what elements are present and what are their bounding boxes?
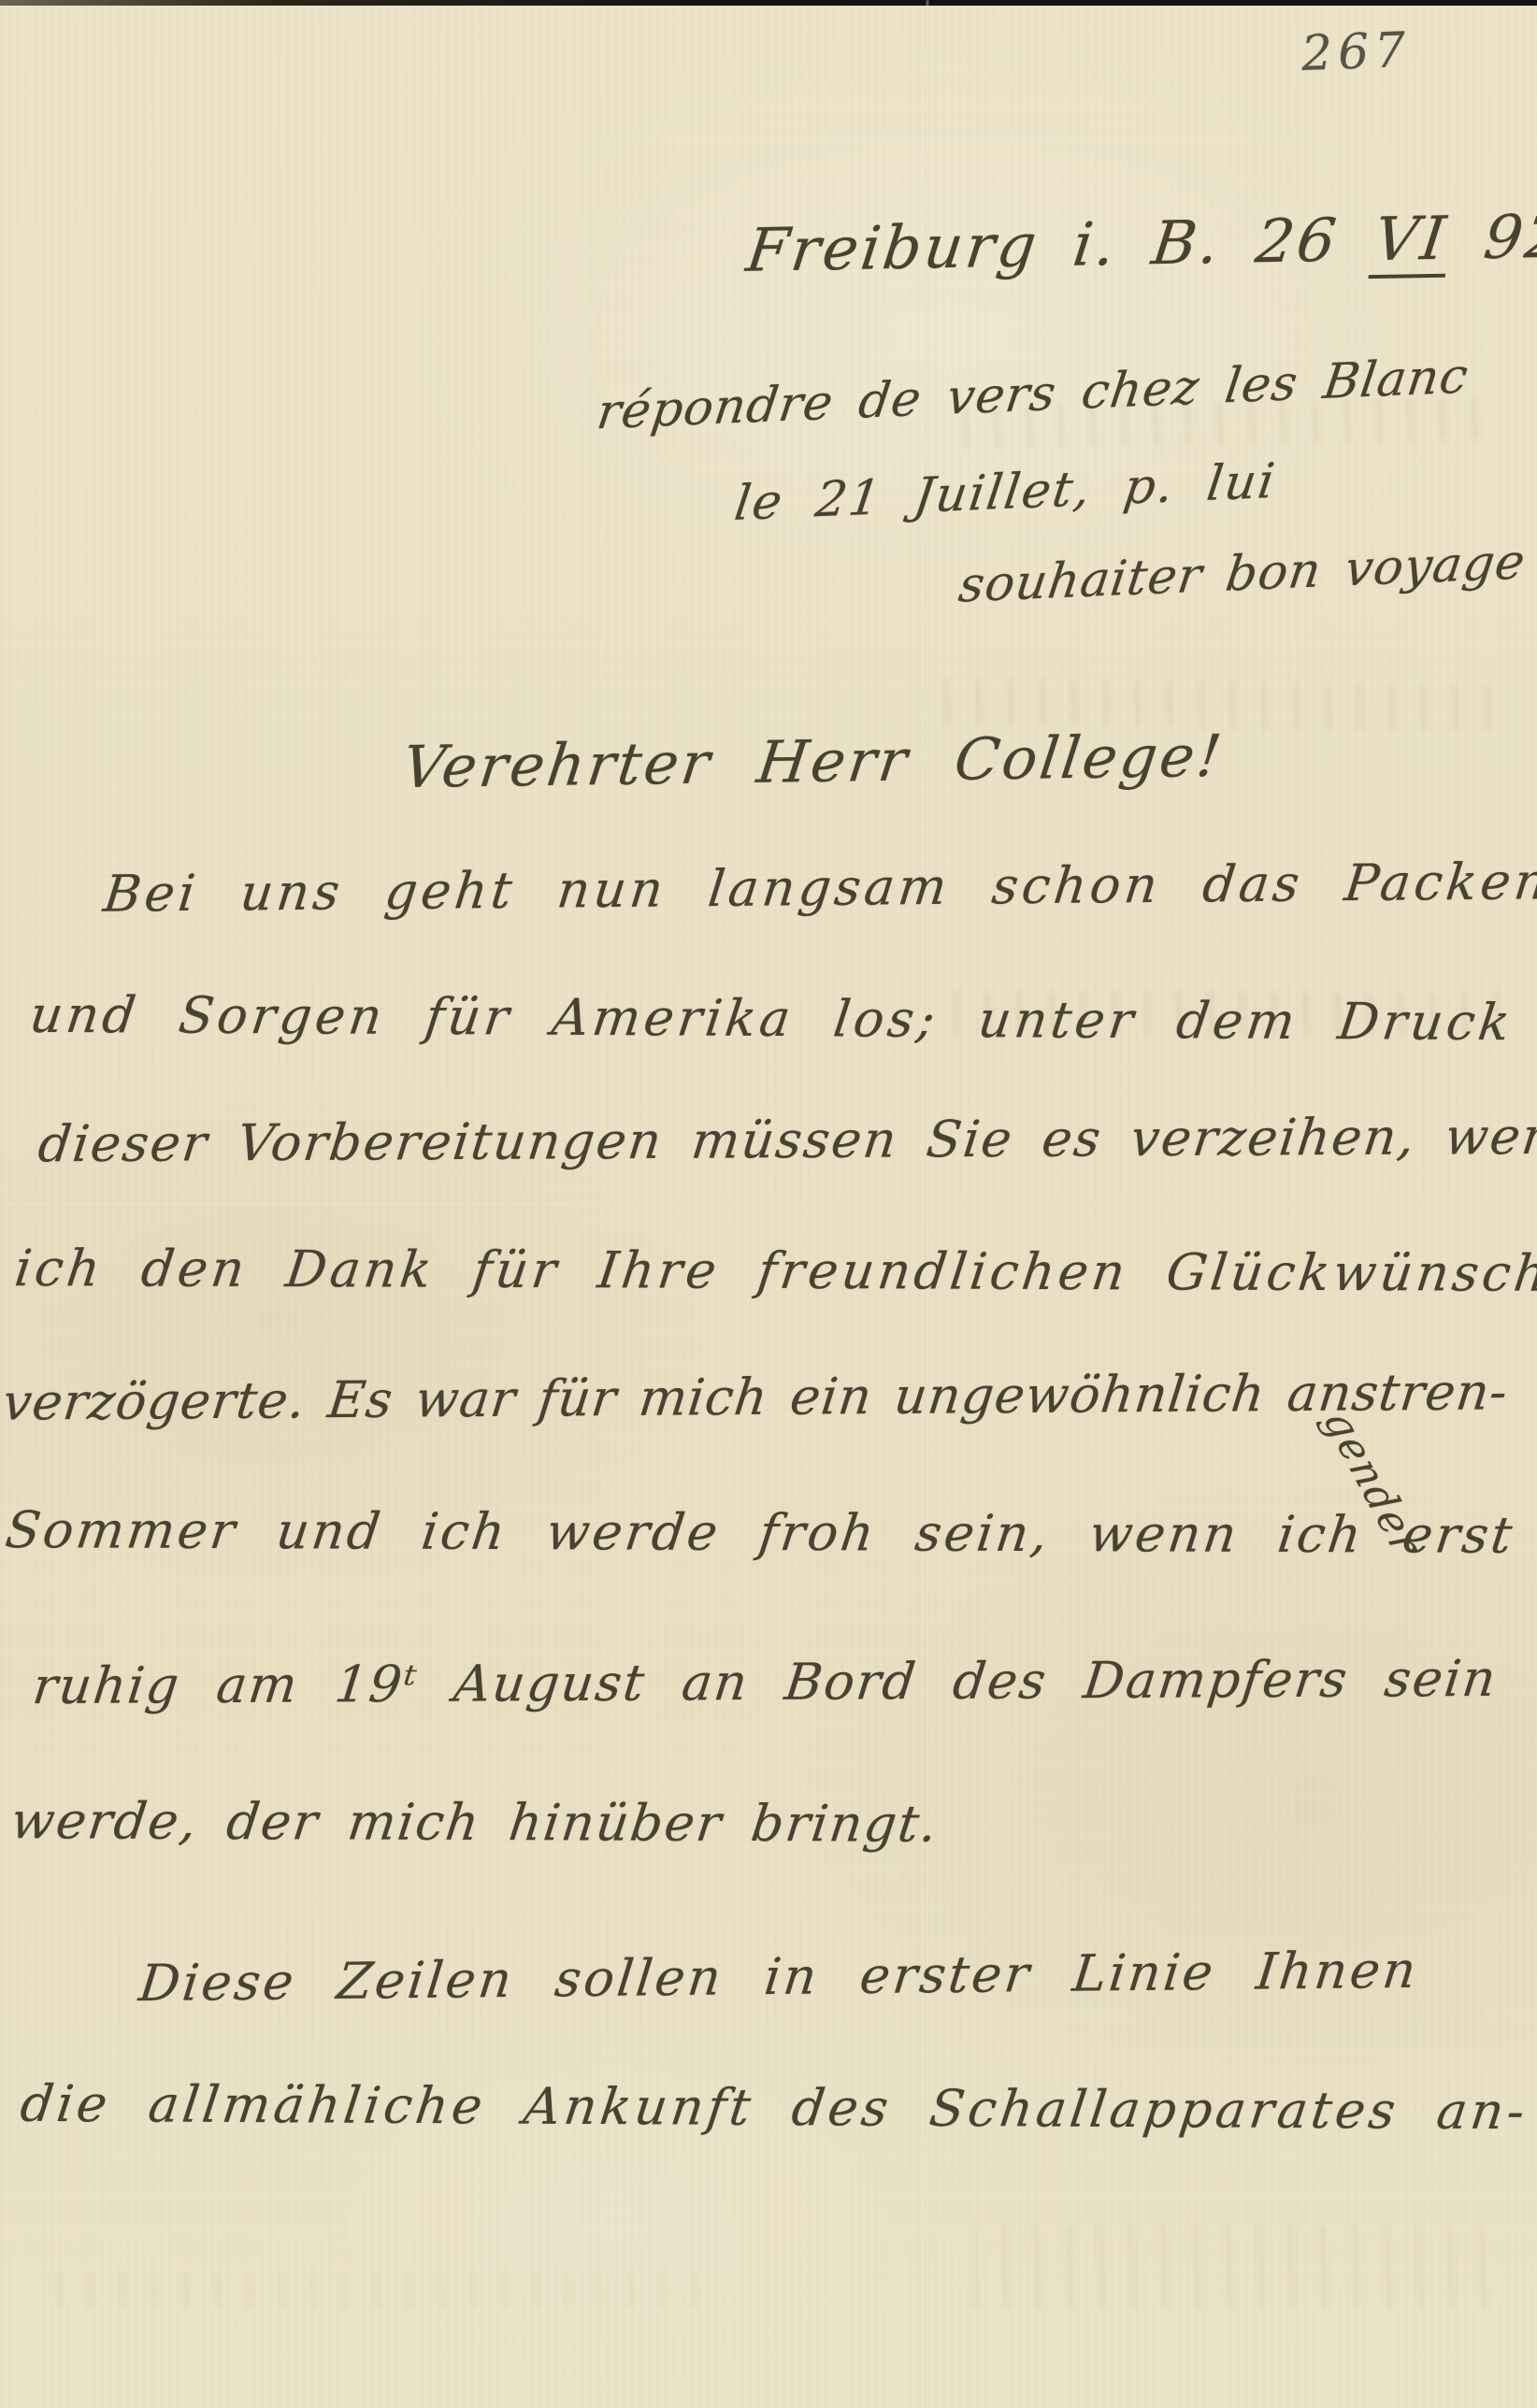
dateline-month-underlined: VI (1369, 205, 1454, 279)
dateline-place-day: Freiburg i. B. 26 (742, 207, 1342, 286)
dateline-year: 92. (1480, 202, 1537, 273)
archival-annotation-line-2: le 21 Juillet, p. lui (731, 453, 1279, 532)
archival-annotation-line-1: répondre de vers chez les Blanc (594, 349, 1472, 441)
body-line-2: und Sorgen für Amerika los; unter dem Dr… (26, 985, 1516, 1052)
salutation: Verehrter Herr College! (399, 722, 1228, 801)
archival-annotation-line-3: souhaiter bon voyage (955, 534, 1529, 613)
ink-bleed-through (972, 2225, 1496, 2309)
body-line-1: Bei uns geht nun langsam schon das Packe… (101, 852, 1537, 923)
horizontal-fold-crease (0, 1202, 1537, 1206)
dateline: Freiburg i. B. 26 VI 92. (742, 202, 1537, 286)
handwritten-letter-page: 267 Freiburg i. B. 26 VI 92. répondre de… (0, 0, 1537, 2408)
body-line-7: ruhig am 19ᵗ August an Bord des Dampfers… (30, 1649, 1501, 1715)
body-line-9: Diese Zeilen sollen in erster Linie Ihne… (136, 1941, 1422, 2013)
body-line-10: die allmähliche Ankunft des Schallappara… (17, 2074, 1531, 2141)
body-line-8: werde, der mich hinüber bringt. (7, 1791, 942, 1853)
body-line-5: verzögerte. Es war für mich ein ungewöhn… (0, 1362, 1511, 1431)
ink-bleed-through (56, 2272, 711, 2309)
body-line-3: dieser Vorbereitungen müssen Sie es verz… (36, 1107, 1537, 1174)
body-line-4: ich den Dank für Ihre freundlichen Glück… (11, 1239, 1537, 1303)
archival-page-number: 267 (1300, 22, 1412, 82)
scan-edge-top (0, 0, 1537, 6)
body-line-6: Sommer und ich werde froh sein, wenn ich… (2, 1500, 1517, 1565)
